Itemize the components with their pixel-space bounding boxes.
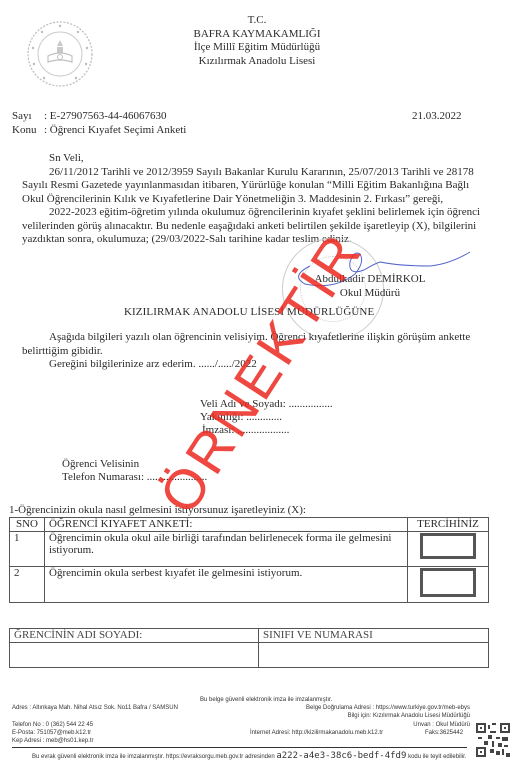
student-info-table: ĞRENCİNİN ADI SOYADI: SINIFI VE NUMARASI [9, 628, 489, 668]
petition-title: KIZILIRMAK ANADOLU LİSESİ MÜDÜRLÜĞÜNE [124, 306, 374, 318]
header-school: Kızılırmak Anadolu Lisesi [0, 55, 514, 69]
relationship-field[interactable]: Yakınlığı: ............. [200, 411, 333, 424]
signer-block: Abdulkadir DEMİRKOL Okul Müdürü [300, 272, 440, 300]
footer-info: Bilgi için: Kızılırmak Anadolu Lisesi Mü… [275, 712, 470, 720]
footer-unvan: Unvan : Okul Müdürü [275, 721, 470, 729]
signer-name: Abdulkadir DEMİRKOL [300, 272, 440, 286]
footer-verification-suffix: kodu ile teyit edilebilir. [408, 754, 466, 760]
footer-esign-note: Bu belge güvenli elektronik imza ile imz… [200, 696, 332, 704]
parent-fields: Veli Adı ve Soyadı: ................ Yak… [200, 398, 333, 437]
signer-title: Okul Müdürü [300, 286, 440, 300]
footer-address: Adres : Altınkaya Mah. Nihal Atsız Sok. … [12, 704, 178, 712]
survey-row-sno: 1 [10, 531, 45, 566]
signature-field[interactable]: İmzası: ................... [200, 424, 333, 437]
survey-row-text: Öğrencimin okula okul aile birliği taraf… [45, 531, 408, 566]
student-class-input[interactable] [259, 643, 489, 668]
survey-table: SNO ÖĞRENCİ KIYAFET ANKETİ: TERCİHİNİZ 1… [9, 517, 489, 603]
verification-code: a222-a4e3-38c6-bedf-4fd9 [276, 751, 406, 761]
footer-verification-line: Bu evrak güvenli elektronik imza ile imz… [32, 752, 466, 761]
letterhead: T.C. BAFRA KAYMAKAMLIĞI İlçe Millî Eğiti… [0, 14, 514, 68]
sayi-value: : E-27907563-44-46067630 [44, 110, 167, 122]
footer-divider [12, 747, 467, 748]
parent-phone-label: Öğrenci Velisinin [62, 458, 207, 471]
footer-verify[interactable]: Belge Doğrulama Adresi : https://www.tur… [275, 704, 470, 712]
sayi-label: Sayı [12, 109, 44, 123]
header-tc: T.C. [0, 14, 514, 28]
footer-fax: Faks:3625442 [425, 729, 463, 737]
footer-kep[interactable]: Kep Adresi : meb@hs01.kep.tr [12, 737, 93, 745]
header-sno: SNO [10, 518, 45, 532]
survey-row-sno: 2 [10, 566, 45, 602]
choice-checkbox-1[interactable] [420, 533, 476, 559]
petition-body: Aşağıda bilgileri yazılı olan öğrencinin… [22, 331, 482, 372]
document-meta: Sayı: E-27907563-44-46067630 Konu: Öğren… [12, 109, 186, 137]
survey-row-choice-cell [408, 566, 489, 602]
konu-value: : Öğrenci Kıyafet Seçimi Anketi [44, 124, 186, 136]
survey-row-choice-cell [408, 531, 489, 566]
survey-question: 1-Öğrencinizin okula nasıl gelmesini ist… [9, 504, 306, 516]
footer-verification-prefix: Bu evrak güvenli elektronik imza ile imz… [32, 754, 275, 760]
student-name-header: ĞRENCİNİN ADI SOYADI: [10, 629, 259, 643]
footer-email[interactable]: E-Posta: 751057@meb.k12.tr [12, 729, 91, 737]
footer-internet[interactable]: İnternet Adresi: http://kizilirmakanadol… [250, 729, 383, 737]
parent-phone-block: Öğrenci Velisinin Telefon Numarası: ....… [62, 458, 207, 484]
header-preference: TERCİHİNİZ [408, 518, 489, 532]
survey-row-text: Öğrencimin okula serbest kıyafet ile gel… [45, 566, 408, 602]
letter-body: Sn Veli, 26/11/2012 Tarihli ve 2012/3959… [22, 152, 492, 247]
header-governorship: BAFRA KAYMAKAMLIĞI [0, 28, 514, 42]
choice-checkbox-2[interactable] [420, 568, 476, 597]
student-class-header: SINIFI VE NUMARASI [259, 629, 489, 643]
parent-phone-field[interactable]: Telefon Numarası: ...................... [62, 471, 207, 484]
parent-name-field[interactable]: Veli Adı ve Soyadı: ................ [200, 398, 333, 411]
header-survey: ÖĞRENCİ KIYAFET ANKETİ: [45, 518, 408, 532]
letter-paragraph-1: 26/11/2012 Tarihli ve 2012/3959 Sayılı B… [22, 166, 492, 207]
salutation: Sn Veli, [22, 152, 492, 166]
petition-paragraph-2: Gereğini bilgilerinize arz ederim. .....… [22, 358, 482, 372]
survey-row: 1 Öğrencimin okula okul aile birliği tar… [10, 531, 489, 566]
student-name-input[interactable] [10, 643, 259, 668]
header-directorate: İlçe Millî Eğitim Müdürlüğü [0, 41, 514, 55]
document-date: 21.03.2022 [412, 109, 462, 123]
footer-phone: Telefon No : 0 (362) 544 22 45 [12, 721, 93, 729]
survey-row: 2 Öğrencimin okula serbest kıyafet ile g… [10, 566, 489, 602]
konu-label: Konu [12, 123, 44, 137]
qr-code-icon [476, 723, 510, 757]
petition-paragraph-1: Aşağıda bilgileri yazılı olan öğrencinin… [22, 331, 482, 358]
survey-header-row: SNO ÖĞRENCİ KIYAFET ANKETİ: TERCİHİNİZ [10, 518, 489, 532]
